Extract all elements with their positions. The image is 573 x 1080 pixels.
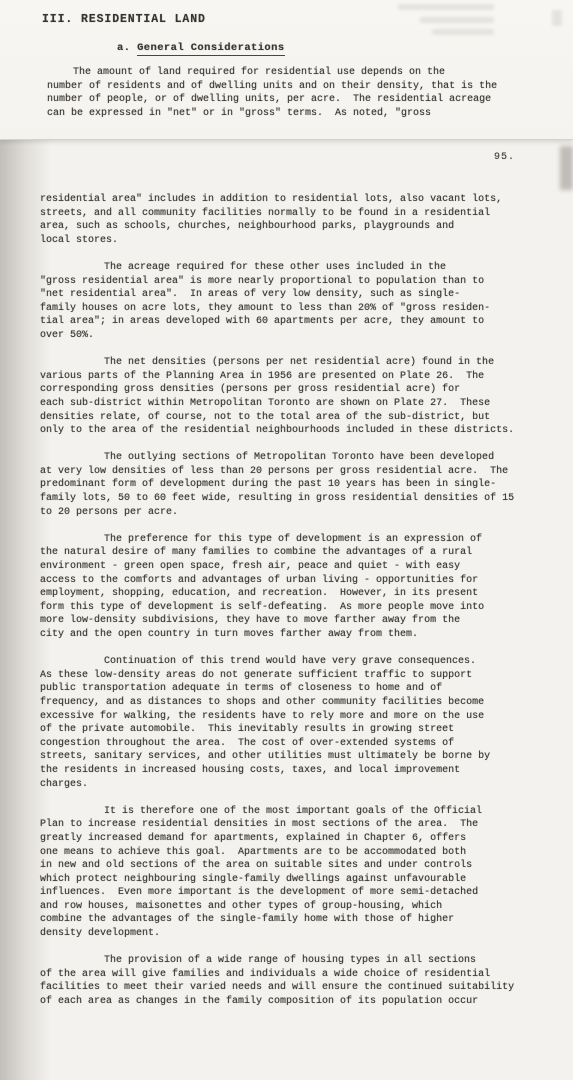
text-line: over 50%. [40, 329, 560, 343]
text-line: corresponding gross densities (persons p… [40, 383, 560, 397]
paragraph: The amount of land required for resident… [47, 66, 497, 120]
text-line: family lots, 50 to 60 feet wide, resulti… [40, 492, 560, 506]
text-line: form this type of development is self-de… [40, 601, 560, 615]
text-line: tial area"; in areas developed with 60 a… [40, 315, 560, 329]
text-line: The net densities (persons per net resid… [40, 356, 560, 370]
text-line: congestion throughout the area. The cost… [40, 737, 560, 751]
text-line: more low-density subdivisions, they have… [40, 614, 560, 628]
current-page: 95. residential area" includes in additi… [0, 140, 573, 1080]
text-line: which protect neighbouring single-family… [40, 873, 560, 887]
text-line: family houses on acre lots, they amount … [40, 302, 560, 316]
text-line: The acreage required for these other use… [40, 261, 560, 275]
text-line: residential area" includes in addition t… [40, 193, 560, 207]
text-line: various parts of the Planning Area in 19… [40, 370, 560, 384]
text-line: excessive for walking, the residents hav… [40, 710, 560, 724]
text-line: "net residential area". In areas of very… [40, 288, 560, 302]
paragraph: Continuation of this trend would have ve… [40, 655, 560, 791]
text-line: facilities to meet their varied needs an… [40, 981, 560, 995]
scan-smudge-artifact [552, 10, 562, 26]
text-line: of each area as changes in the family co… [40, 995, 560, 1009]
text-line: environment - green open space, fresh ai… [40, 560, 560, 574]
text-line: city and the open country in turn moves … [40, 628, 560, 642]
paragraph: The acreage required for these other use… [40, 261, 560, 343]
ghost-text-artifact [420, 17, 494, 23]
text-line: It is therefore one of the most importan… [40, 805, 560, 819]
subsection-label: a. [117, 42, 137, 54]
text-line: the natural desire of many families to c… [40, 546, 560, 560]
paragraph: residential area" includes in addition t… [40, 193, 560, 247]
text-line: of the area will give families and indiv… [40, 968, 560, 982]
text-line: can be expressed in "net" or in "gross" … [47, 107, 497, 121]
text-line: in new and old sections of the area on s… [40, 859, 560, 873]
text-line: The amount of land required for resident… [47, 66, 497, 80]
text-line: at very low densities of less than 20 pe… [40, 465, 560, 479]
text-line: density development. [40, 927, 560, 941]
text-line: of the private automobile. This inevitab… [40, 723, 560, 737]
text-line: and row houses, maisonettes and other ty… [40, 900, 560, 914]
text-line: influences. Even more important is the d… [40, 886, 560, 900]
text-line: public transportation adequate in terms … [40, 682, 560, 696]
text-line: charges. [40, 778, 560, 792]
text-line: employment, shopping, education, and rec… [40, 587, 560, 601]
paragraph: The outlying sections of Metropolitan To… [40, 451, 560, 519]
text-line: The outlying sections of Metropolitan To… [40, 451, 560, 465]
text-line: local stores. [40, 234, 560, 248]
ghost-text-artifact [432, 29, 494, 35]
subsection-heading: a. General Considerations [117, 42, 285, 54]
paragraph: The net densities (persons per net resid… [40, 356, 560, 438]
page-body-text: residential area" includes in addition t… [40, 193, 560, 1022]
text-line: densities relate, of course, not to the … [40, 411, 560, 425]
text-line: each sub-district within Metropolitan To… [40, 397, 560, 411]
text-line: The preference for this type of developm… [40, 533, 560, 547]
text-line: streets, sanitary services, and other ut… [40, 750, 560, 764]
text-line: the residents in increased housing costs… [40, 764, 560, 778]
paragraph: The provision of a wide range of housing… [40, 954, 560, 1008]
text-line: As these low-density areas do not genera… [40, 669, 560, 683]
text-line: Continuation of this trend would have ve… [40, 655, 560, 669]
text-line: combine the advantages of the single-fam… [40, 913, 560, 927]
text-line: streets, and all community facilities no… [40, 207, 560, 221]
text-line: predominant form of development during t… [40, 478, 560, 492]
text-line: Plan to increase residential densities i… [40, 818, 560, 832]
text-line: frequency, and as distances to shops and… [40, 696, 560, 710]
ghost-text-artifact [398, 4, 494, 10]
text-line: "gross residential area" is more nearly … [40, 275, 560, 289]
text-line: number of people, or of dwelling units, … [47, 93, 497, 107]
text-line: to 20 persons per acre. [40, 506, 560, 520]
text-line: one means to achieve this goal. Apartmen… [40, 846, 560, 860]
text-line: The provision of a wide range of housing… [40, 954, 560, 968]
page-number: 95. [494, 152, 515, 163]
scan-smudge-artifact [560, 146, 573, 190]
text-line: number of residents and of dwelling unit… [47, 80, 497, 94]
text-line: only to the area of the residential neig… [40, 424, 560, 438]
previous-page-text: The amount of land required for resident… [47, 66, 497, 134]
paragraph: It is therefore one of the most importan… [40, 805, 560, 941]
text-line: access to the comforts and advantages of… [40, 574, 560, 588]
scanned-document-view: III. RESIDENTIAL LAND a. General Conside… [0, 0, 573, 1080]
previous-page-bottom: III. RESIDENTIAL LAND a. General Conside… [0, 0, 573, 140]
section-heading: III. RESIDENTIAL LAND [42, 13, 206, 26]
text-line: area, such as schools, churches, neighbo… [40, 220, 560, 234]
text-line: greatly increased demand for apartments,… [40, 832, 560, 846]
subsection-title: General Considerations [137, 42, 284, 56]
paragraph: The preference for this type of developm… [40, 533, 560, 642]
